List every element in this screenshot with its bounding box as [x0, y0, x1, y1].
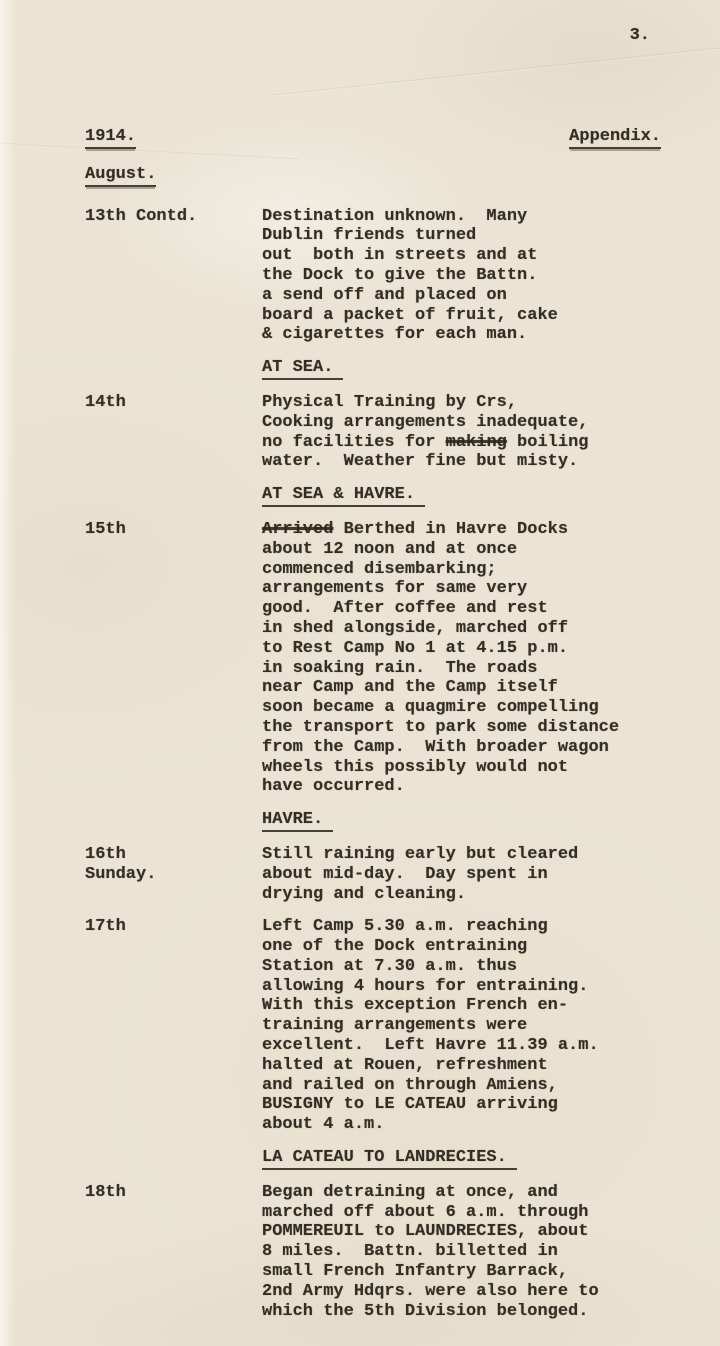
date-column: 14th [85, 393, 262, 472]
entry-date: Sunday. [85, 865, 262, 885]
entry-text-line: Began detraining at once, and [262, 1183, 661, 1203]
entry-date: 14th [85, 393, 262, 413]
entry-text-line: Left Camp 5.30 a.m. reaching [262, 917, 661, 937]
date-column [85, 810, 262, 832]
section-heading-row: HAVRE. [85, 810, 661, 832]
date-column [85, 358, 262, 380]
entry-date: 13th Contd. [85, 207, 262, 227]
entry-text-line: wheels this possibly would not [262, 758, 661, 778]
month-row: August. [85, 165, 661, 187]
entry-text-line: no facilities for making boiling [262, 433, 661, 453]
entry-text-line: and railed on through Amiens, [262, 1076, 661, 1096]
entry-text-line: marched off about 6 a.m. through [262, 1203, 661, 1223]
entry-text-line: in shed alongside, marched off [262, 619, 661, 639]
entry-text-line: good. After coffee and rest [262, 599, 661, 619]
body-column: Destination unknown. ManyDublin friends … [262, 207, 661, 346]
struck-word: Arrived [262, 520, 333, 539]
section-heading: AT SEA. [262, 358, 343, 380]
entry-text-line: Cooking arrangements inadequate, [262, 413, 661, 433]
diary-rows: 13th Contd.Destination unknown. ManyDubl… [85, 207, 661, 1322]
entry-text-line: excellent. Left Havre 11.39 a.m. [262, 1036, 661, 1056]
entry-text-line: about 4 a.m. [262, 1115, 661, 1135]
entry-date: 18th [85, 1183, 262, 1203]
struck-word: making [446, 433, 507, 452]
entry-text-line: near Camp and the Camp itself [262, 678, 661, 698]
entry-text-line: soon became a quagmire compelling [262, 698, 661, 718]
entry-text-line: small French Infantry Barrack, [262, 1262, 661, 1282]
entry-text-line: With this exception French en- [262, 996, 661, 1016]
document-page: 3. 1914. Appendix. August. 13th Contd.De… [0, 0, 720, 1346]
entry-text-line: Physical Training by Crs, [262, 393, 661, 413]
entry-text-line: 2nd Army Hdqrs. were also here to [262, 1282, 661, 1302]
entry-text-line: have occurred. [262, 777, 661, 797]
section-heading-row: AT SEA & HAVRE. [85, 485, 661, 507]
entry-text-line: & cigarettes for each man. [262, 325, 661, 345]
body-column: HAVRE. [262, 810, 661, 832]
entry-text-line: water. Weather fine but misty. [262, 452, 661, 472]
entry-text-line: POMMEREUIL to LAUNDRECIES, about [262, 1222, 661, 1242]
entry-text-line: Destination unknown. Many [262, 207, 661, 227]
entry-text-line: one of the Dock entraining [262, 937, 661, 957]
date-column: 17th [85, 917, 262, 1135]
year-heading: 1914. [85, 127, 136, 149]
date-column: 16thSunday. [85, 845, 262, 904]
date-column: 15th [85, 520, 262, 797]
page-header: 1914. Appendix. [85, 127, 661, 149]
entry-text-line: 8 miles. Battn. billetted in [262, 1242, 661, 1262]
entry-text-line: drying and cleaning. [262, 885, 661, 905]
entry-text-line: the Dock to give the Battn. [262, 266, 661, 286]
month-heading: August. [85, 165, 156, 187]
entry-text-line: about mid-day. Day spent in [262, 865, 661, 885]
entry-text-line: arrangements for same very [262, 579, 661, 599]
body-column: Left Camp 5.30 a.m. reachingone of the D… [262, 917, 661, 1135]
body-column: Physical Training by Crs,Cooking arrange… [262, 393, 661, 472]
body-column: Arrived Berthed in Havre Docksabout 12 n… [262, 520, 661, 797]
entry-text-line: halted at Rouen, refreshment [262, 1056, 661, 1076]
diary-entry: 14thPhysical Training by Crs,Cooking arr… [85, 393, 661, 472]
date-column: 18th [85, 1183, 262, 1322]
entry-text-line: about 12 noon and at once [262, 540, 661, 560]
date-column [85, 485, 262, 507]
date-column [85, 1148, 262, 1170]
diary-entry: 15thArrived Berthed in Havre Docksabout … [85, 520, 661, 797]
section-heading-row: AT SEA. [85, 358, 661, 380]
entry-text-line: allowing 4 hours for entraining. [262, 977, 661, 997]
entry-text-line: Still raining early but cleared [262, 845, 661, 865]
body-column: Began detraining at once, andmarched off… [262, 1183, 661, 1322]
entry-text-line: which the 5th Division belonged. [262, 1302, 661, 1322]
entry-text-line: Dublin friends turned [262, 226, 661, 246]
entry-text-line: a send off and placed on [262, 286, 661, 306]
entry-text-line: in soaking rain. The roads [262, 659, 661, 679]
date-column: 13th Contd. [85, 207, 262, 346]
entry-text-line: Station at 7.30 a.m. thus [262, 957, 661, 977]
entry-text-line: board a packet of fruit, cake [262, 306, 661, 326]
body-column: AT SEA & HAVRE. [262, 485, 661, 507]
diary-entry: 16thSunday.Still raining early but clear… [85, 845, 661, 904]
diary-entry: 13th Contd.Destination unknown. ManyDubl… [85, 207, 661, 346]
entry-text-line: BUSIGNY to LE CATEAU arriving [262, 1095, 661, 1115]
section-heading: AT SEA & HAVRE. [262, 485, 425, 507]
entry-text-line: to Rest Camp No 1 at 4.15 p.m. [262, 639, 661, 659]
body-column: LA CATEAU TO LANDRECIES. [262, 1148, 661, 1170]
appendix-heading: Appendix. [569, 127, 661, 149]
entry-text-line: the transport to park some distance [262, 718, 661, 738]
section-heading: LA CATEAU TO LANDRECIES. [262, 1148, 517, 1170]
entry-date: 17th [85, 917, 262, 937]
body-column: Still raining early but clearedabout mid… [262, 845, 661, 904]
section-heading: HAVRE. [262, 810, 333, 832]
entry-date: 16th [85, 845, 262, 865]
body-column: AT SEA. [262, 358, 661, 380]
entry-date: 15th [85, 520, 262, 540]
entry-text-line: training arrangements were [262, 1016, 661, 1036]
page-content: 1914. Appendix. August. 13th Contd.Desti… [0, 0, 720, 1321]
diary-entry: 18thBegan detraining at once, andmarched… [85, 1183, 661, 1322]
entry-text-line: out both in streets and at [262, 246, 661, 266]
entry-text-line: commenced disembarking; [262, 560, 661, 580]
entry-text-line: from the Camp. With broader wagon [262, 738, 661, 758]
entry-text-line: Arrived Berthed in Havre Docks [262, 520, 661, 540]
section-heading-row: LA CATEAU TO LANDRECIES. [85, 1148, 661, 1170]
diary-entry: 17thLeft Camp 5.30 a.m. reachingone of t… [85, 917, 661, 1135]
